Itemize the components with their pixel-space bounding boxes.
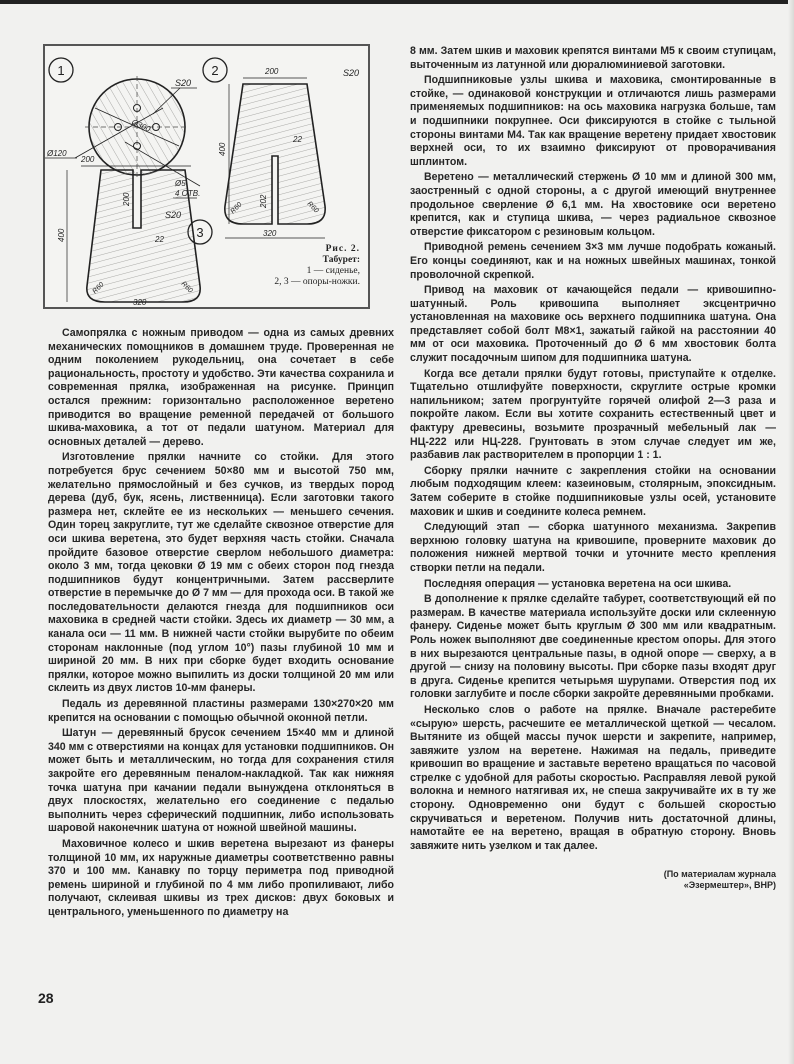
article-column-right: 8 мм. Затем шкив и маховик крепятся винт… bbox=[410, 45, 776, 891]
paragraph: Изготовление прялки начните со стойки. Д… bbox=[48, 451, 394, 696]
credit-line-2: «Эзермештер», ВНР) bbox=[410, 880, 776, 891]
paragraph: Несколько слов о работе на прялке. Внача… bbox=[410, 704, 776, 854]
part-3-label: 3 bbox=[196, 225, 203, 240]
paragraph: Следующий этап — сборка шатунного механи… bbox=[410, 521, 776, 575]
source-credit: (По материалам журнала «Эзермештер», ВНР… bbox=[410, 869, 776, 891]
paragraph: Шатун — деревянный брусок сечением 15×40… bbox=[48, 727, 394, 836]
paragraph: Привод на маховик от качающейся педали —… bbox=[410, 284, 776, 366]
page-edge-shadow bbox=[788, 0, 794, 1064]
leg-2-thickness: S20 bbox=[343, 68, 359, 78]
paragraph: Педаль из деревянной пластины размерами … bbox=[48, 698, 394, 725]
caption-subtitle: Табурет: bbox=[274, 255, 360, 266]
leg-3-height: 400 bbox=[57, 228, 66, 242]
leg-2-top-width: 200 bbox=[264, 67, 279, 76]
paragraph: В дополнение к прялке сделайте табурет, … bbox=[410, 593, 776, 702]
hole-circle-label: Ø120 bbox=[46, 149, 67, 158]
caption-title: Рис. 2. bbox=[274, 244, 360, 255]
leg-3-top-width: 200 bbox=[80, 155, 95, 164]
leg-3-slot-depth: 200 bbox=[122, 192, 131, 207]
page-top-rule bbox=[0, 0, 794, 4]
paragraph: Веретено — металлический стержень Ø 10 м… bbox=[410, 171, 776, 239]
paragraph: Когда все детали прялки будут готовы, пр… bbox=[410, 368, 776, 463]
leg-2-height: 400 bbox=[218, 142, 227, 156]
paragraph: Приводной ремень сечением 3×3 мм лучше п… bbox=[410, 241, 776, 282]
part-1-label: 1 bbox=[57, 63, 64, 78]
article-column-left: Самопрялка с ножным приводом — одна из с… bbox=[48, 327, 394, 922]
figure-stool-drawing: 1 S20 Ø300 Ø120 Ø5 4 ОТВ. 2 200 320 400 … bbox=[43, 44, 370, 309]
leg-2-bottom-width: 320 bbox=[263, 229, 277, 238]
caption-line-1: 1 — сиденье, bbox=[274, 266, 360, 277]
paragraph: Сборку прялки начните с закрепления стой… bbox=[410, 465, 776, 519]
page-number: 28 bbox=[38, 990, 54, 1006]
leg-3-slot-width: 22 bbox=[154, 235, 164, 244]
paragraph: Подшипниковые узлы шкива и маховика, смо… bbox=[410, 74, 776, 169]
paragraph: 8 мм. Затем шкив и маховик крепятся винт… bbox=[410, 45, 776, 72]
paragraph: Маховичное колесо и шкив веретена выреза… bbox=[48, 838, 394, 920]
paragraph: Последняя операция — установка веретена … bbox=[410, 578, 776, 592]
leg-3-thickness: S20 bbox=[165, 210, 181, 220]
leg-3-bottom-width: 320 bbox=[133, 298, 147, 307]
seat-thickness-label: S20 bbox=[175, 78, 191, 88]
leg-2-slot-depth: 202 bbox=[259, 194, 268, 209]
leg-2-slot-width: 22 bbox=[292, 135, 302, 144]
leg-2-drawing: 2 200 320 400 22 202 S20 R60 R60 bbox=[203, 58, 359, 238]
credit-line-1: (По материалам журнала bbox=[410, 869, 776, 880]
caption-line-2: 2, 3 — опоры-ножки. bbox=[274, 277, 360, 288]
paragraph: Самопрялка с ножным приводом — одна из с… bbox=[48, 327, 394, 449]
leg-3-drawing: 3 200 320 400 200 22 S20 R60 R60 bbox=[57, 155, 212, 307]
part-2-label: 2 bbox=[211, 63, 218, 78]
figure-caption: Рис. 2. Табурет: 1 — сиденье, 2, 3 — опо… bbox=[274, 244, 360, 288]
